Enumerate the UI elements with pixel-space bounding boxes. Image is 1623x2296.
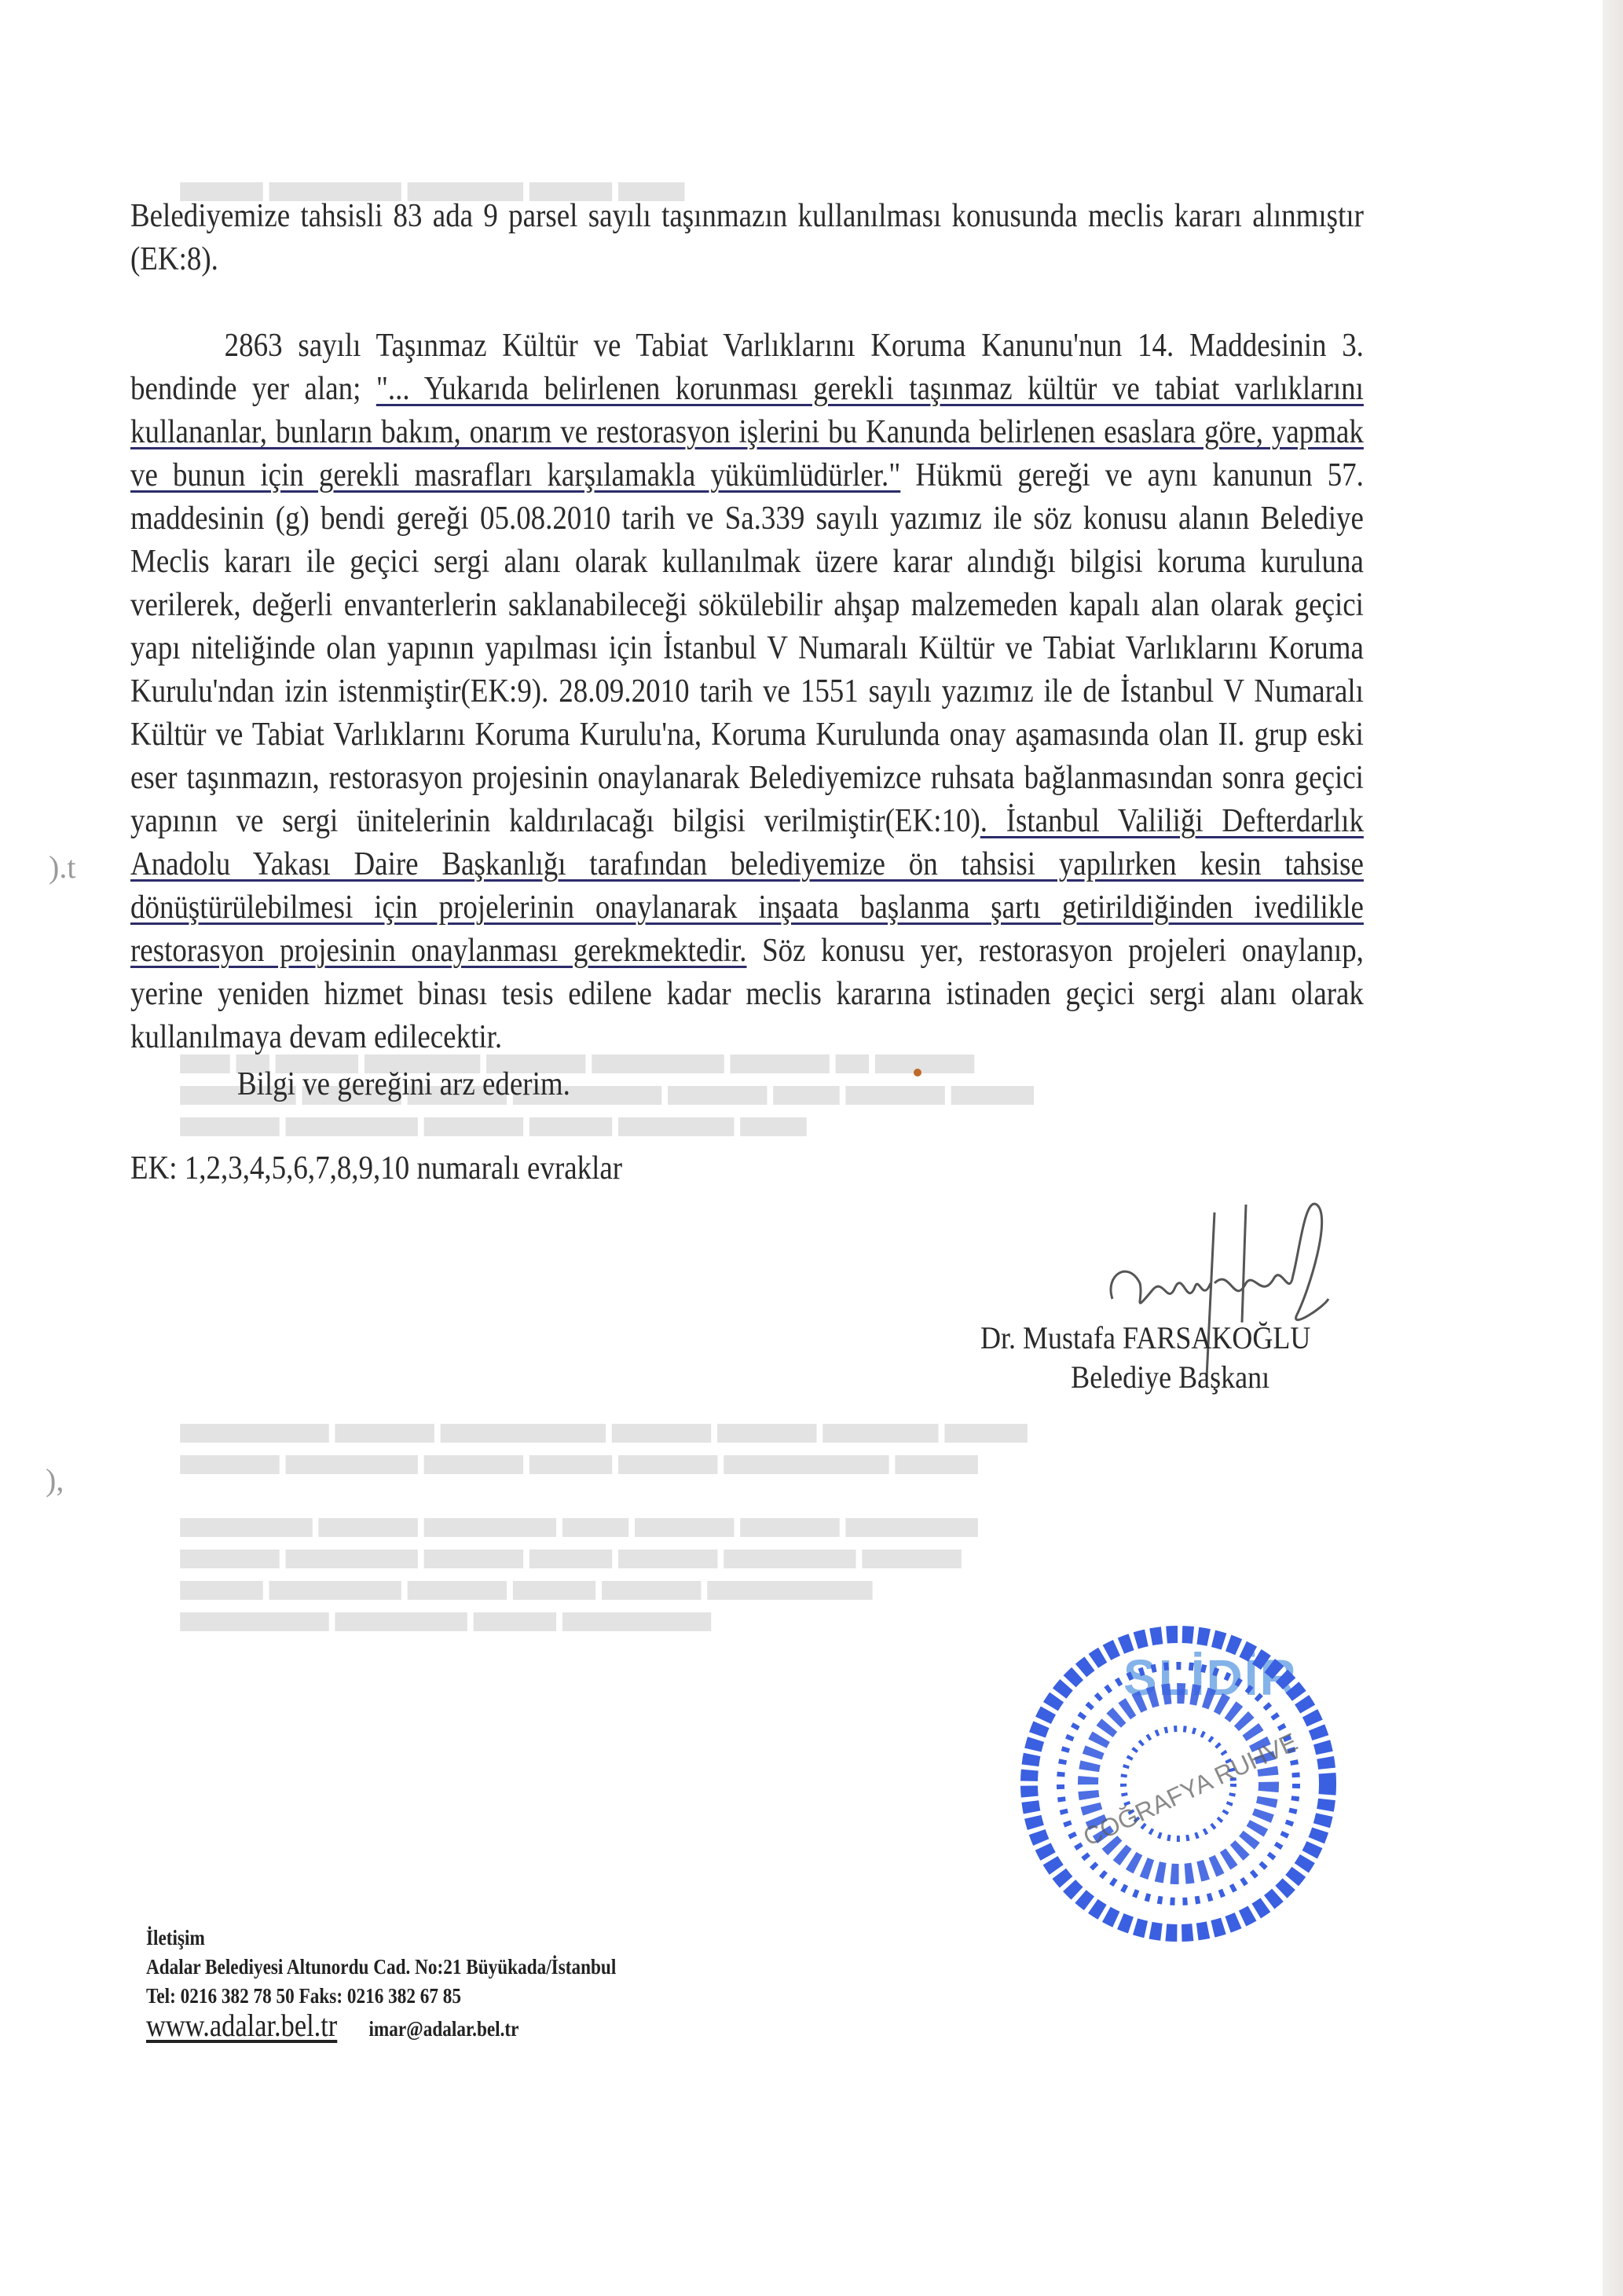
contact-footer: İletişim Adalar Belediyesi Altunordu Cad…	[146, 1924, 616, 2044]
signer-block: Dr. Mustafa FARSAKOĞLU Belediye Başkanı	[980, 1319, 1310, 1397]
contact-phone: Tel: 0216 382 78 50 Faks: 0216 382 67 85	[146, 1982, 616, 2011]
website-link[interactable]: www.adalar.bel.tr	[146, 2008, 337, 2043]
bleed-through-text: ▆▆▆▆▆▆▆▆▆ ▆▆▆▆▆▆ ▆▆▆▆▆▆▆▆▆▆ ▆▆▆▆▆▆ ▆▆▆▆▆…	[181, 1414, 1375, 1634]
contact-address: Adalar Belediyesi Altunordu Cad. No:21 B…	[146, 1953, 616, 1982]
closing-line: Bilgi ve gereğini arz ederim.	[237, 1065, 570, 1103]
signer-name: Dr. Mustafa FARSAKOĞLU	[980, 1320, 1310, 1355]
margin-mark: ).t	[49, 849, 75, 886]
signer-title: Belediye Başkanı	[980, 1358, 1310, 1397]
official-seal-icon: COĞRAFYA RUHVE	[1013, 1619, 1343, 1949]
scan-edge	[1603, 0, 1623, 2296]
margin-mark: ),	[46, 1462, 64, 1498]
paragraph-2: 2863 sayılı Taşınmaz Kültür ve Tabiat Va…	[130, 325, 1364, 1059]
contact-heading: İletişim	[146, 1924, 616, 1953]
paragraph-1: Belediyemize tahsisli 83 ada 9 parsel sa…	[130, 195, 1364, 281]
annex-list: EK: 1,2,3,4,5,6,7,8,9,10 numaralı evrakl…	[130, 1150, 622, 1187]
ink-speck	[914, 1069, 921, 1076]
paragraph-2-middle: Hükmü gereği ve aynı kanunun 57. maddesi…	[130, 457, 1364, 839]
email-link[interactable]: imar@adalar.bel.tr	[368, 2017, 518, 2041]
